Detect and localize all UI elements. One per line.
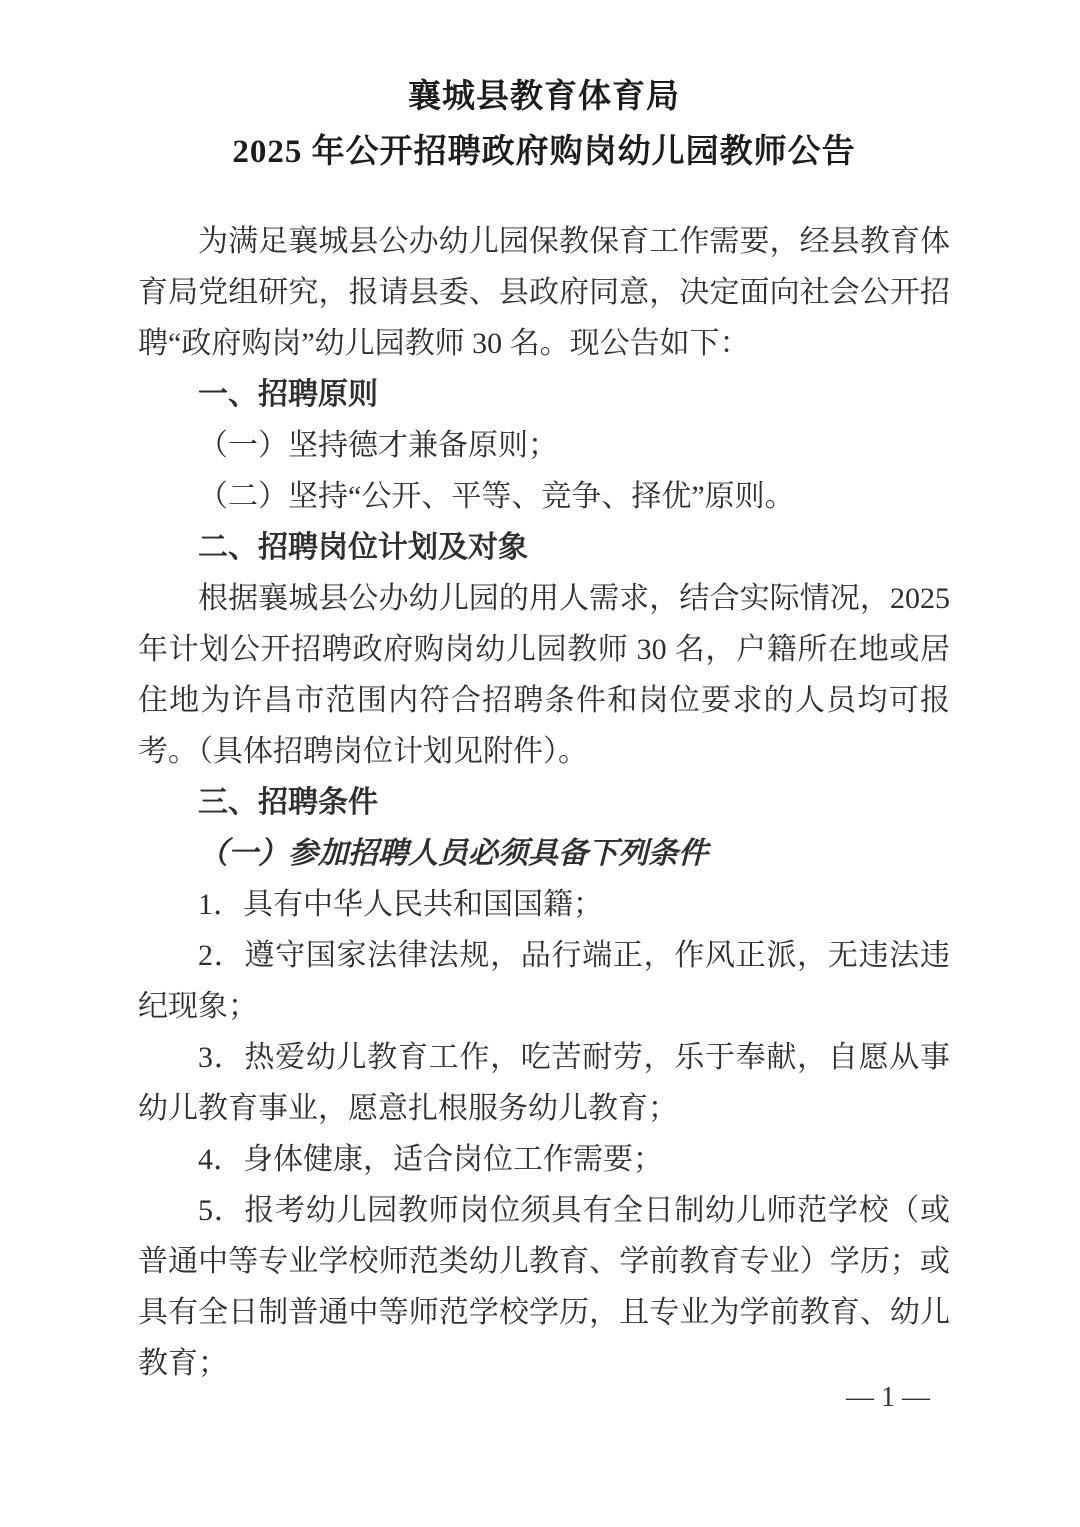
clause-1-1: （一）坚持德才兼备原则；	[138, 420, 950, 471]
subsection-heading-3-1: （一）参加招聘人员必须具备下列条件	[138, 828, 950, 879]
condition-item-5: 5．报考幼儿园教师岗位须具有全日制幼儿师范学校（或普通中等专业学校师范类幼儿教育…	[138, 1185, 950, 1389]
condition-item-1: 1．具有中华人民共和国国籍；	[138, 879, 950, 930]
doc-title-line-1: 襄城县教育体育局	[138, 70, 950, 125]
section-heading-3: 三、招聘条件	[138, 777, 950, 828]
paragraph-plan: 根据襄城县公办幼儿园的用人需求，结合实际情况，2025 年计划公开招聘政府购岗幼…	[138, 573, 950, 777]
doc-title-line-2: 2025 年公开招聘政府购岗幼儿园教师公告	[138, 125, 950, 180]
document-content: 襄城县教育体育局 2025 年公开招聘政府购岗幼儿园教师公告 为满足襄城县公办幼…	[138, 70, 950, 1389]
condition-item-4: 4．身体健康，适合岗位工作需要；	[138, 1134, 950, 1185]
condition-item-2: 2．遵守国家法律法规，品行端正，作风正派，无违法违纪现象；	[138, 930, 950, 1032]
clause-1-2: （二）坚持“公开、平等、竞争、择优”原则。	[138, 471, 950, 522]
condition-item-3: 3．热爱幼儿教育工作，吃苦耐劳，乐于奉献，自愿从事幼儿教育事业，愿意扎根服务幼儿…	[138, 1032, 950, 1134]
section-heading-2: 二、招聘岗位计划及对象	[138, 522, 950, 573]
document-page: 襄城县教育体育局 2025 年公开招聘政府购岗幼儿园教师公告 为满足襄城县公办幼…	[0, 0, 1080, 1527]
paragraph-intro: 为满足襄城县公办幼儿园保教保育工作需要，经县教育体育局党组研究，报请县委、县政府…	[138, 216, 950, 369]
section-heading-1: 一、招聘原则	[138, 369, 950, 420]
page-number: — 1 —	[846, 1382, 930, 1414]
